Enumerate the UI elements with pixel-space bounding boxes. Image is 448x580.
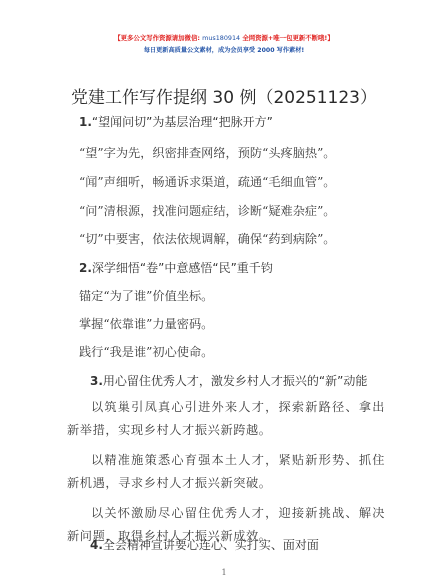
section-number: 3. [90, 374, 103, 388]
section-heading-text: 全会精神宣讲要心连心、实打实、面对面 [103, 538, 319, 552]
section-2-line-3: 践行“我是谁”初心使命。 [79, 343, 213, 360]
section-1-line-3: “问”清根源，找准问题症结，诊断“疑难杂症”。 [79, 202, 336, 219]
section-heading-text: 深学细悟“卷”中意感悟“民”重千钧 [92, 261, 273, 275]
section-3-paragraph-1: 以筑巢引凤真心引进外来人才，探索新路径、拿出新举措，实现乡村人才振兴新跨越。 [67, 396, 385, 442]
section-1-line-4: “切”中要害，依法依规调解，确保“药到病除”。 [79, 230, 336, 247]
document-page: 【更多公文写作资源请加微信: mus180914 全网资源+唯一包更新不断哦!】… [0, 0, 448, 580]
section-2-heading: 2.深学细悟“卷”中意感悟“民”重千钧 [79, 259, 273, 276]
section-number: 2. [79, 261, 92, 275]
section-1-line-2: “闻”声细听，畅通诉求渠道，疏通“毛细血管”。 [79, 173, 336, 190]
promo-banner-line2: 每日更新高质量公文素材，成为会员享受 2000 写作素材! [0, 45, 448, 54]
section-2-line-2: 掌握“依靠谁”力量密码。 [79, 315, 213, 332]
section-3-paragraph-2: 以精准施策悉心育强本土人才，紧贴新形势、抓住新机遇，寻求乡村人才振兴新突破。 [67, 449, 385, 495]
section-number: 4. [90, 538, 103, 552]
page-number: 1 [0, 568, 448, 577]
section-3-heading: 3.用心留住优秀人才，激发乡村人才振兴的“新”动能 [90, 372, 367, 389]
section-heading-text: “望闻问切”为基层治理“把脉开方” [92, 115, 273, 129]
promo-text: 【更多公文写作资源请加微信: [114, 34, 202, 42]
section-4-heading: 4.全会精神宣讲要心连心、实打实、面对面 [90, 536, 319, 553]
promo-banner-line1: 【更多公文写作资源请加微信: mus180914 全网资源+唯一包更新不断哦!】 [0, 33, 448, 42]
section-1-heading: 1.“望闻问切”为基层治理“把脉开方” [79, 113, 273, 130]
promo-text-tail: 全网资源+唯一包更新不断哦!】 [240, 34, 334, 42]
section-2-line-1: 锚定“为了谁”价值坐标。 [79, 287, 213, 304]
wechat-id: mus180914 [202, 34, 240, 42]
section-1-line-1: “望”字为先，织密排查网络，预防“头疼脑热”。 [79, 144, 336, 161]
section-heading-text: 用心留住优秀人才，激发乡村人才振兴的“新”动能 [103, 374, 367, 388]
section-number: 1. [79, 115, 92, 129]
document-title: 党建工作写作提纲 30 例（20251123） [0, 83, 448, 108]
